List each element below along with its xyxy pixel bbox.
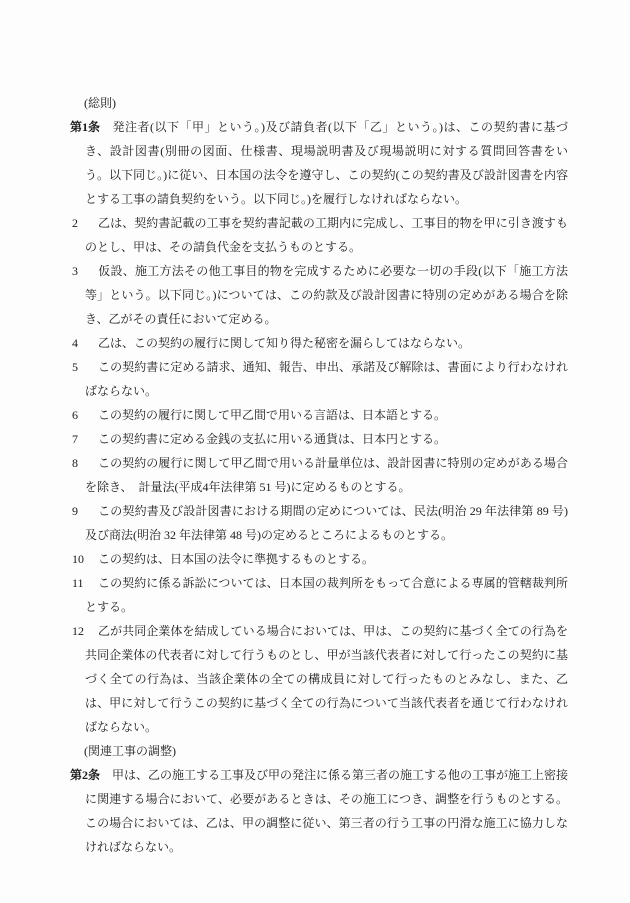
paragraph-text: 発注者(以下「甲」という。)及び請負者(以下「乙」という。)は、この契約書に基づ… <box>85 120 568 206</box>
section-heading-text: (総則) <box>84 96 116 110</box>
clause-number: 9 <box>72 499 98 523</box>
paragraph-text: 乙は、この契約の履行に関して知り得た秘密を漏らしてはならない。 <box>98 336 470 350</box>
clause-number: 2 <box>72 211 98 235</box>
article-paragraph: 第1条発注者(以下「甲」という。)及び請負者(以下「乙」という。)は、この契約書… <box>70 115 568 211</box>
numbered-clause: 5この契約書に定める請求、通知、報告、申出、承諾及び解除は、書面により行わなけれ… <box>70 355 568 403</box>
clause-number: 6 <box>72 403 98 427</box>
paragraph-text: この契約書及び設計図書における期間の定めについては、民法(明治 29 年法律第 … <box>85 504 568 542</box>
clause-number: 10 <box>72 547 98 571</box>
numbered-clause: 2乙は、契約書記載の工事を契約書記載の工期内に完成し、工事目的物を甲に引き渡すも… <box>70 211 568 259</box>
contract-document-page: (総則)第1条発注者(以下「甲」という。)及び請負者(以下「乙」という。)は、こ… <box>0 0 630 903</box>
clause-number: 4 <box>72 331 98 355</box>
clause-number: 3 <box>72 259 98 283</box>
numbered-clause: 3仮設、施工方法その他工事目的物を完成するために必要な一切の手段(以下「施工方法… <box>70 259 568 331</box>
paragraph-text: 甲は、乙の施工する工事及び甲の発注に係る第三者の施工する他の工事が施工上密接に関… <box>85 768 568 854</box>
numbered-clause: 9この契約書及び設計図書における期間の定めについては、民法(明治 29 年法律第… <box>70 499 568 547</box>
paragraph-text: この契約書に定める請求、通知、報告、申出、承諾及び解除は、書面により行わなければ… <box>85 360 568 398</box>
section-heading-text: (関連工事の調整) <box>84 744 176 758</box>
article-paragraph: 第2条甲は、乙の施工する工事及び甲の発注に係る第三者の施工する他の工事が施工上密… <box>70 763 568 859</box>
article-number: 第1条 <box>70 115 112 139</box>
clause-number: 5 <box>72 355 98 379</box>
clause-number: 11 <box>72 571 98 595</box>
clause-number: 7 <box>72 427 98 451</box>
numbered-clause: 10この契約は、日本国の法令に準拠するものとする。 <box>70 547 568 571</box>
paragraph-text: この契約の履行に関して甲乙間で用いる言語は、日本語とする。 <box>98 408 446 422</box>
section-heading: (関連工事の調整) <box>70 739 568 763</box>
clause-number: 8 <box>72 451 98 475</box>
paragraph-text: この契約に係る訴訟については、日本国の裁判所をもって合意による専属的管轄裁判所と… <box>85 576 568 614</box>
paragraph-text: 乙が共同企業体を結成している場合においては、甲は、この契約に基づく全ての行為を共… <box>85 624 568 734</box>
numbered-clause: 4乙は、この契約の履行に関して知り得た秘密を漏らしてはならない。 <box>70 331 568 355</box>
article-number: 第2条 <box>70 763 112 787</box>
numbered-clause: 6この契約の履行に関して甲乙間で用いる言語は、日本語とする。 <box>70 403 568 427</box>
paragraph-text: この契約書に定める金銭の支払に用いる通貨は、日本円とする。 <box>98 432 446 446</box>
document-body: (総則)第1条発注者(以下「甲」という。)及び請負者(以下「乙」という。)は、こ… <box>70 91 568 859</box>
numbered-clause: 7この契約書に定める金銭の支払に用いる通貨は、日本円とする。 <box>70 427 568 451</box>
paragraph-text: この契約は、日本国の法令に準拠するものとする。 <box>98 552 374 566</box>
section-heading: (総則) <box>70 91 568 115</box>
paragraph-text: 乙は、契約書記載の工事を契約書記載の工期内に完成し、工事目的物を甲に引き渡すもの… <box>85 216 568 254</box>
numbered-clause: 11この契約に係る訴訟については、日本国の裁判所をもって合意による専属的管轄裁判… <box>70 571 568 619</box>
paragraph-text: この契約の履行に関して甲乙間で用いる計量単位は、設計図書に特別の定めがある場合を… <box>85 456 568 494</box>
numbered-clause: 12乙が共同企業体を結成している場合においては、甲は、この契約に基づく全ての行為… <box>70 619 568 739</box>
clause-number: 12 <box>72 619 98 643</box>
numbered-clause: 8この契約の履行に関して甲乙間で用いる計量単位は、設計図書に特別の定めがある場合… <box>70 451 568 499</box>
paragraph-text: 仮設、施工方法その他工事目的物を完成するために必要な一切の手段(以下「施工方法等… <box>85 264 568 326</box>
